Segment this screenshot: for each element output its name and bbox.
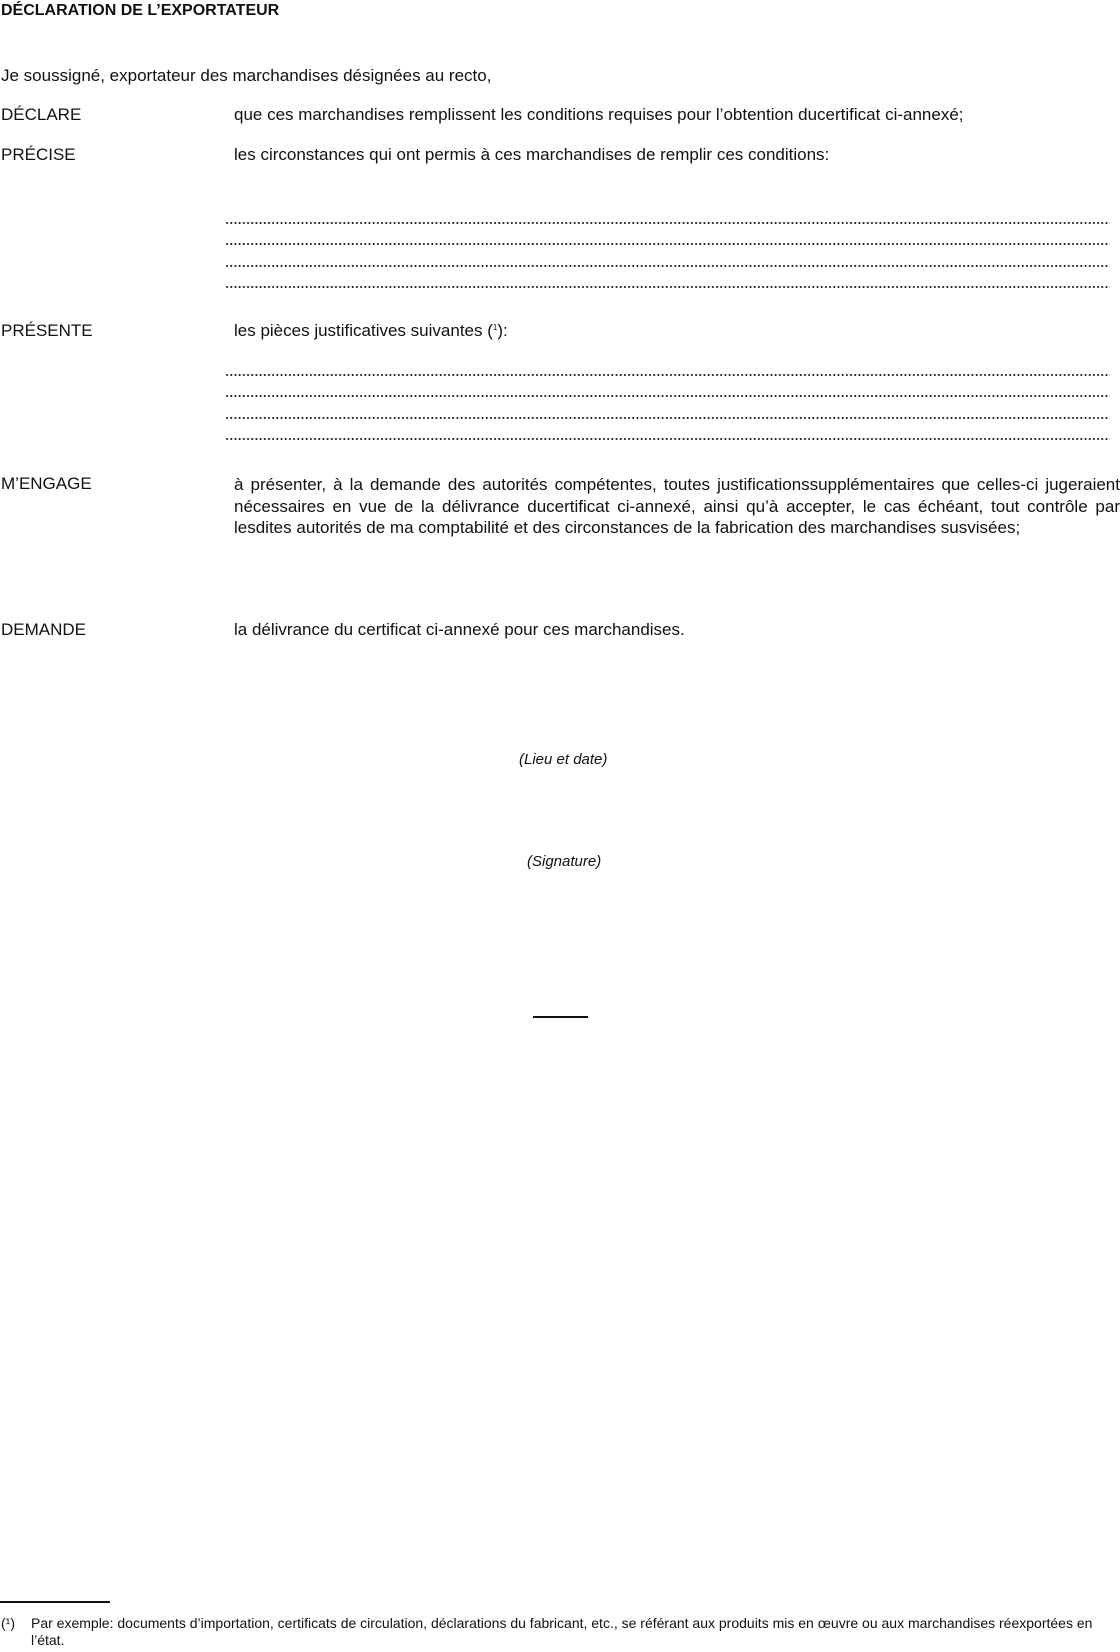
footnote-separator [0, 1601, 110, 1603]
presente-text: les pièces justificatives suivantes (1): [234, 321, 508, 341]
blank-fill-line[interactable] [225, 374, 1110, 376]
blank-fill-line[interactable] [225, 286, 1110, 288]
precise-label: PRÉCISE [1, 145, 76, 165]
signature-caption: (Signature) [527, 853, 601, 870]
section-end-rule [533, 1016, 588, 1018]
declare-text: que ces marchandises remplissent les con… [234, 105, 964, 125]
presente-text-start: les pièces justificatives suivantes ( [234, 321, 493, 340]
declare-label: DÉCLARE [1, 105, 81, 125]
mengage-label: M’ENGAGE [1, 474, 92, 494]
demande-label: DEMANDE [1, 620, 86, 640]
presente-label: PRÉSENTE [1, 321, 93, 341]
blank-fill-line[interactable] [225, 243, 1110, 245]
blank-fill-line[interactable] [225, 222, 1110, 224]
intro-text: Je soussigné, exportateur des marchandis… [1, 66, 491, 86]
precise-text: les circonstances qui ont permis à ces m… [234, 145, 829, 165]
mengage-text: à présenter, à la demande des autorités … [234, 474, 1120, 539]
blank-fill-line[interactable] [225, 438, 1110, 440]
blank-fill-line[interactable] [225, 265, 1110, 267]
footnote-text: Par exemple: documents d’importation, ce… [31, 1615, 1120, 1649]
blank-fill-line[interactable] [225, 395, 1110, 397]
place-date-caption: (Lieu et date) [519, 751, 607, 768]
blank-fill-line[interactable] [225, 417, 1110, 419]
document-title: DÉCLARATION DE L’EXPORTATEUR [1, 2, 279, 20]
footnote-marker: (¹) [1, 1615, 15, 1631]
demande-text: la délivrance du certificat ci-annexé po… [234, 620, 685, 640]
presente-text-end: ): [497, 321, 507, 340]
